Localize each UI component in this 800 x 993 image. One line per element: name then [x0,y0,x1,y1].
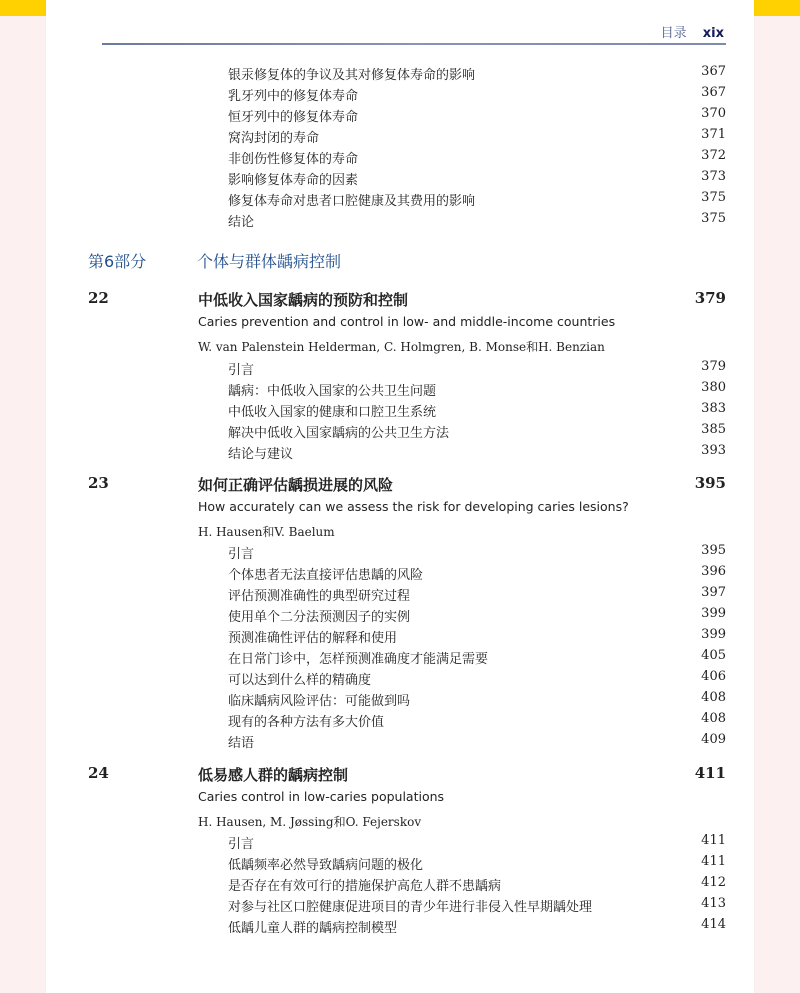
toc-entry[interactable]: 恒牙列中的修复体寿命 370 [46,106,754,127]
toc-entry-title: 结语 [228,732,254,751]
toc-entry-page: 370 [701,106,726,121]
running-head-page-number: xix [703,26,724,41]
chapter-page: 379 [695,289,726,307]
chapter-authors: H. Hausen, M. Jøssing和O. Fejerskov [198,813,421,830]
toc-entry[interactable]: 龋病：中低收入国家的公共卫生问题 380 [46,380,754,401]
part-title: 个体与群体龋病控制 [197,249,341,272]
toc-entry-page: 408 [701,690,726,705]
toc-entry[interactable]: 引言 395 [46,543,754,564]
toc-entry-title: 恒牙列中的修复体寿命 [228,106,358,125]
book-page: 目录 xix 银汞修复体的争议及其对修复体寿命的影响 367 乳牙列中的修复体寿… [46,0,754,993]
toc-entry[interactable]: 在日常门诊中，怎样预测准确度才能满足需要 405 [46,648,754,669]
yellow-band-right [754,0,800,16]
toc-entry-title: 结论与建议 [228,443,293,462]
toc-entry-title: 可以达到什么样的精确度 [228,669,371,688]
toc-entry[interactable]: 结论 375 [46,211,754,232]
toc-entry-page: 375 [701,190,726,205]
toc-entry-title: 低龋频率必然导致龋病问题的极化 [228,854,423,873]
toc-entry-page: 408 [701,711,726,726]
toc-entry[interactable]: 修复体寿命对患者口腔健康及其费用的影响 375 [46,190,754,211]
toc-entry[interactable]: 结语 409 [46,732,754,753]
toc-entry-title: 修复体寿命对患者口腔健康及其费用的影响 [228,190,475,209]
chapter-number: 22 [88,289,109,307]
toc-entry-page: 383 [701,401,726,416]
toc-entry[interactable]: 引言 379 [46,359,754,380]
toc-entry-title: 龋病：中低收入国家的公共卫生问题 [228,380,436,399]
toc-entry-title: 在日常门诊中，怎样预测准确度才能满足需要 [228,648,488,667]
toc-entry-page: 393 [701,443,726,458]
header-rule [102,43,726,45]
toc-entry-title: 解决中低收入国家龋病的公共卫生方法 [228,422,449,441]
toc-entry-title: 评估预测准确性的典型研究过程 [228,585,410,604]
chapter-number: 24 [88,764,109,782]
chapter-24[interactable]: 24 低易感人群的龋病控制 411 Caries control in low-… [46,764,754,834]
toc-entry[interactable]: 评估预测准确性的典型研究过程 397 [46,585,754,606]
chapter-authors: H. Hausen和V. Baelum [198,523,335,540]
toc-entry-title: 对参与社区口腔健康促进项目的青少年进行非侵入性早期龋处理 [228,896,592,915]
toc-entry-title: 引言 [228,543,254,562]
yellow-band-left [0,0,46,16]
toc-entry-title: 是否存在有效可行的措施保护高危人群不患龋病 [228,875,501,894]
toc-entry-page: 395 [701,543,726,558]
toc-entry-page: 375 [701,211,726,226]
toc-entry-title: 低龋儿童人群的龋病控制模型 [228,917,397,936]
toc-entry[interactable]: 使用单个二分法预测因子的实例 399 [46,606,754,627]
toc-entry[interactable]: 银汞修复体的争议及其对修复体寿命的影响 367 [46,64,754,85]
toc-entry-title: 预测准确性评估的解释和使用 [228,627,397,646]
toc-entry-title: 引言 [228,833,254,852]
toc-entry[interactable]: 对参与社区口腔健康促进项目的青少年进行非侵入性早期龋处理 413 [46,896,754,917]
chapter-title: 低易感人群的龋病控制 [198,764,348,785]
running-head-label: 目录 [661,26,687,41]
toc-entry-title: 现有的各种方法有多大价值 [228,711,384,730]
chapter-22[interactable]: 22 中低收入国家龋病的预防和控制 379 Caries prevention … [46,289,754,359]
toc-entry-page: 371 [701,127,726,142]
chapter-page: 395 [695,474,726,492]
toc-entry[interactable]: 是否存在有效可行的措施保护高危人群不患龋病 412 [46,875,754,896]
toc-entry-title: 乳牙列中的修复体寿命 [228,85,358,104]
toc-entry-page: 385 [701,422,726,437]
chapter-page: 411 [695,764,726,782]
toc-entry-page: 380 [701,380,726,395]
chapter-title: 中低收入国家龋病的预防和控制 [198,289,408,310]
toc-entry-page: 379 [701,359,726,374]
toc-entry[interactable]: 低龋频率必然导致龋病问题的极化 411 [46,854,754,875]
toc-entry[interactable]: 乳牙列中的修复体寿命 367 [46,85,754,106]
toc-entry-page: 414 [701,917,726,932]
toc-entry[interactable]: 低龋儿童人群的龋病控制模型 414 [46,917,754,938]
chapter-23[interactable]: 23 如何正确评估龋损进展的风险 395 How accurately can … [46,474,754,544]
toc-entry-page: 396 [701,564,726,579]
toc-entry-title: 临床龋病风险评估：可能做到吗 [228,690,410,709]
toc-entry-page: 397 [701,585,726,600]
toc-entry[interactable]: 结论与建议 393 [46,443,754,464]
toc-entry[interactable]: 中低收入国家的健康和口腔卫生系统 383 [46,401,754,422]
toc-entry-page: 399 [701,606,726,621]
toc-entry[interactable]: 窝沟封闭的寿命 371 [46,127,754,148]
toc-entry-page: 406 [701,669,726,684]
toc-entry-page: 372 [701,148,726,163]
toc-entry[interactable]: 个体患者无法直接评估患龋的风险 396 [46,564,754,585]
toc-entry[interactable]: 现有的各种方法有多大价值 408 [46,711,754,732]
toc-entry[interactable]: 引言 411 [46,833,754,854]
toc-entry-page: 405 [701,648,726,663]
toc-entry[interactable]: 预测准确性评估的解释和使用 399 [46,627,754,648]
running-head: 目录 xix [661,22,724,41]
toc-entry-title: 引言 [228,359,254,378]
toc-entry[interactable]: 影响修复体寿命的因素 373 [46,169,754,190]
chapter-english-title: How accurately can we assess the risk fo… [198,499,629,514]
part-number: 第6部分 [88,249,146,272]
toc-entry-title: 影响修复体寿命的因素 [228,169,358,188]
toc-entry[interactable]: 解决中低收入国家龋病的公共卫生方法 385 [46,422,754,443]
toc-entry-page: 373 [701,169,726,184]
toc-entry-title: 非创伤性修复体的寿命 [228,148,358,167]
toc-entry[interactable]: 可以达到什么样的精确度 406 [46,669,754,690]
chapter-authors: W. van Palenstein Helderman, C. Holmgren… [198,338,605,355]
toc-entry[interactable]: 临床龋病风险评估：可能做到吗 408 [46,690,754,711]
toc-entry-page: 413 [701,896,726,911]
chapter-title: 如何正确评估龋损进展的风险 [198,474,393,495]
toc-entry[interactable]: 非创伤性修复体的寿命 372 [46,148,754,169]
toc-entry-page: 367 [701,64,726,79]
toc-entry-title: 银汞修复体的争议及其对修复体寿命的影响 [228,64,475,83]
chapter-number: 23 [88,474,109,492]
chapter-english-title: Caries control in low-caries populations [198,789,444,804]
toc-entry-page: 367 [701,85,726,100]
toc-entry-title: 中低收入国家的健康和口腔卫生系统 [228,401,436,420]
toc-entry-title: 使用单个二分法预测因子的实例 [228,606,410,625]
toc-entry-page: 411 [701,854,726,869]
chapter-english-title: Caries prevention and control in low- an… [198,314,615,329]
toc-entry-page: 412 [701,875,726,890]
toc-entry-title: 个体患者无法直接评估患龋的风险 [228,564,423,583]
toc-entry-page: 411 [701,833,726,848]
toc-entry-page: 399 [701,627,726,642]
toc-entry-title: 结论 [228,211,254,230]
toc-entry-title: 窝沟封闭的寿命 [228,127,319,146]
toc-entry-page: 409 [701,732,726,747]
